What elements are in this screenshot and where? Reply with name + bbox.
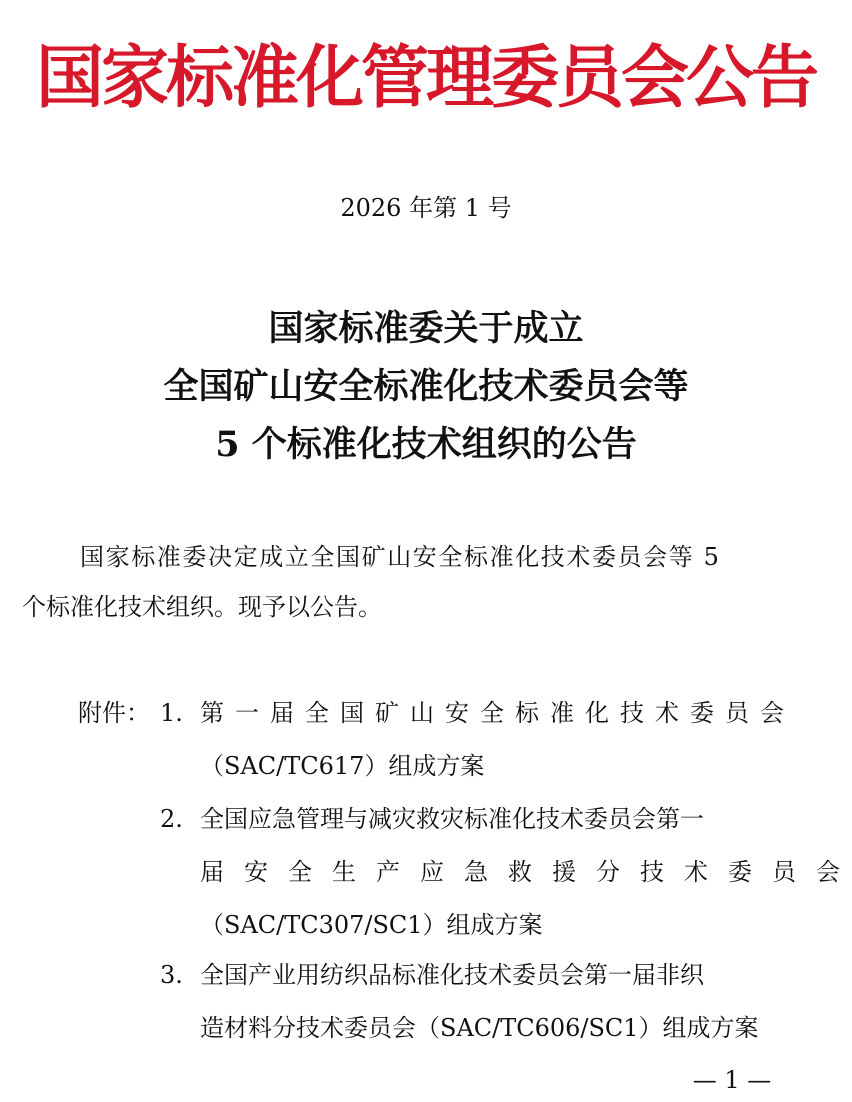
attachment-line: （SAC/TC617）组成方案 — [200, 743, 820, 796]
attachment-line: 全国应急管理与减灾救灾标准化技术委员会第一 — [200, 796, 820, 849]
attachment-number: 3. — [160, 952, 183, 998]
body-line-2: 个标准化技术组织。现予以公告。 — [22, 582, 822, 632]
title-line-1: 国家标准委关于成立 — [0, 300, 852, 358]
title-line-2: 全国矿山安全标准化技术委员会等 — [0, 358, 852, 416]
attachment-text: 全国产业用纺织品标准化技术委员会第一届非织 造材料分技术委员会（SAC/TC60… — [200, 952, 820, 1058]
attachment-line: 全国产业用纺织品标准化技术委员会第一届非织 — [200, 952, 820, 1005]
attachment-line: 造材料分技术委员会（SAC/TC606/SC1）组成方案 — [200, 1005, 820, 1058]
document-number: 2026 年第 1 号 — [0, 190, 852, 226]
body-paragraph: 国家标准委决定成立全国矿山安全标准化技术委员会等 5 个标准化技术组织。现予以公… — [22, 532, 822, 632]
attachment-line: （SAC/TC307/SC1）组成方案 — [200, 902, 820, 955]
attachment-text: 全国应急管理与减灾救灾标准化技术委员会第一 届安全生产应急救援分技术委员会 （S… — [200, 796, 820, 955]
attachments-label: 附件： — [78, 690, 150, 736]
attachment-line: 届安全生产应急救援分技术委员会 — [200, 849, 820, 902]
attachment-number: 2. — [160, 796, 183, 842]
body-line-1: 国家标准委决定成立全国矿山安全标准化技术委员会等 5 — [22, 532, 822, 582]
title-line-3: 5 个标准化技术组织的公告 — [0, 416, 852, 474]
page-number: — 1 — — [672, 1064, 792, 1096]
announcement-title: 国家标准委关于成立 全国矿山安全标准化技术委员会等 5 个标准化技术组织的公告 — [0, 300, 852, 474]
attachment-text: 第一届全国矿山安全标准化技术委员会 （SAC/TC617）组成方案 — [200, 690, 820, 796]
issuer-header: 国家标准化管理委员会公告 — [0, 38, 852, 118]
attachment-number: 1. — [160, 690, 183, 736]
attachment-line: 第一届全国矿山安全标准化技术委员会 — [200, 690, 820, 743]
